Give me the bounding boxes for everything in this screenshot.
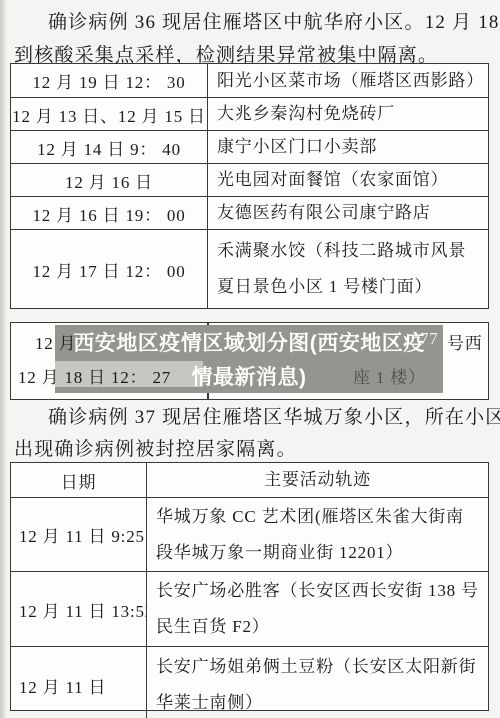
case37-paragraph-line2: 出现确诊病例被封控居家隔离。 [14,434,297,461]
date-cell: 12 月 11 日 [11,647,147,718]
table-header-row: 日期 主要活动轨迹 [11,463,488,497]
scan-edge-shade [0,0,7,718]
place-cell: 阳光小区菜市场（雁塔区西影路） [208,64,488,97]
date-cell: 12 月 19 日 12： 30 [11,64,208,97]
place-cell: 华城万象 CC 艺术团(雁塔区朱雀大街南段华城万象一期商业街 12201） [147,498,488,571]
date-cell: 12 月 16 日 [11,164,208,196]
watermark-overlay: 西安地区疫情区域划分图(西安地区疫 情最新消息) [55,325,443,393]
date-cell: 12 月 17 日 12： 00 [11,230,208,308]
watermark-title-line2: 情最新消息) [55,359,443,393]
table-row: 12 月 13 日、12 月 15 日 大兆乡秦沟村免烧砖厂 [11,97,488,130]
table-row: 12 月 11 日 13:52 长安广场必胜客（长安区西长安街 138 号民生百… [11,571,488,646]
date-cell: 12 月 11 日 13:52 [11,572,147,646]
place-cell: 光电园对面餐馆（农家面馆） [208,164,488,196]
table-row: 12 月 16 日 光电园对面餐馆（农家面馆） [11,163,488,196]
case36-trajectory-table: 12 月 19 日 12： 30 阳光小区菜市场（雁塔区西影路） 12 月 13… [10,63,489,309]
table-row: 12 月 11 日 9:25 华城万象 CC 艺术团(雁塔区朱雀大街南段华城万象… [11,497,488,571]
case37-trajectory-table: 日期 主要活动轨迹 12 月 11 日 9:25 华城万象 CC 艺术团(雁塔区… [10,462,489,711]
epidemic-notice-page: 确诊病例 36 现居住雁塔区中航华府小区。12 月 18 日 到核酸采集点采样，… [0,0,500,718]
table-row: 12 月 16 日 19： 00 友德医药有限公司康宁路店 [11,196,488,229]
place-cell: 康宁小区门口小卖部 [208,131,488,163]
table-row: 12 月 14 日 9： 40 康宁小区门口小卖部 [11,130,488,163]
table-row: 12 月 17 日 12： 00 禾满聚水饺（科技二路城市风景夏日景色小区 1 … [11,229,488,308]
date-cell: 12 月 13 日、12 月 15 日 [11,98,208,130]
place-cell: 长安广场姐弟俩土豆粉（长安区太阳新街华莱士南侧） [147,647,488,718]
table-row: 12 月 19 日 12： 30 阳光小区菜市场（雁塔区西影路） [11,64,488,97]
trajectory-header-cell: 主要活动轨迹 [147,463,488,497]
table-row: 12 月 11 日 长安广场姐弟俩土豆粉（长安区太阳新街华莱士南侧） [11,646,488,718]
watermark-title-line1: 西安地区疫情区域划分图(西安地区疫 [55,325,443,359]
date-header-cell: 日期 [11,463,147,497]
place-cell: 长安广场必胜客（长安区西长安街 138 号民生百货 F2） [147,572,488,646]
place-cell: 禾满聚水饺（科技二路城市风景夏日景色小区 1 号楼门面） [208,230,488,308]
case36-paragraph-line1: 确诊病例 36 现居住雁塔区中航华府小区。12 月 18 日 [48,7,500,34]
date-cell: 12 月 16 日 19： 00 [11,197,208,229]
case37-paragraph-line1: 确诊病例 37 现居住雁塔区华城万象小区，所在小区因 [48,402,500,429]
date-cell: 12 月 14 日 9： 40 [11,131,208,163]
place-cell: 大兆乡秦沟村免烧砖厂 [208,98,488,130]
date-cell: 12 月 11 日 9:25 [11,498,147,571]
place-cell: 友德医药有限公司康宁路店 [208,197,488,229]
